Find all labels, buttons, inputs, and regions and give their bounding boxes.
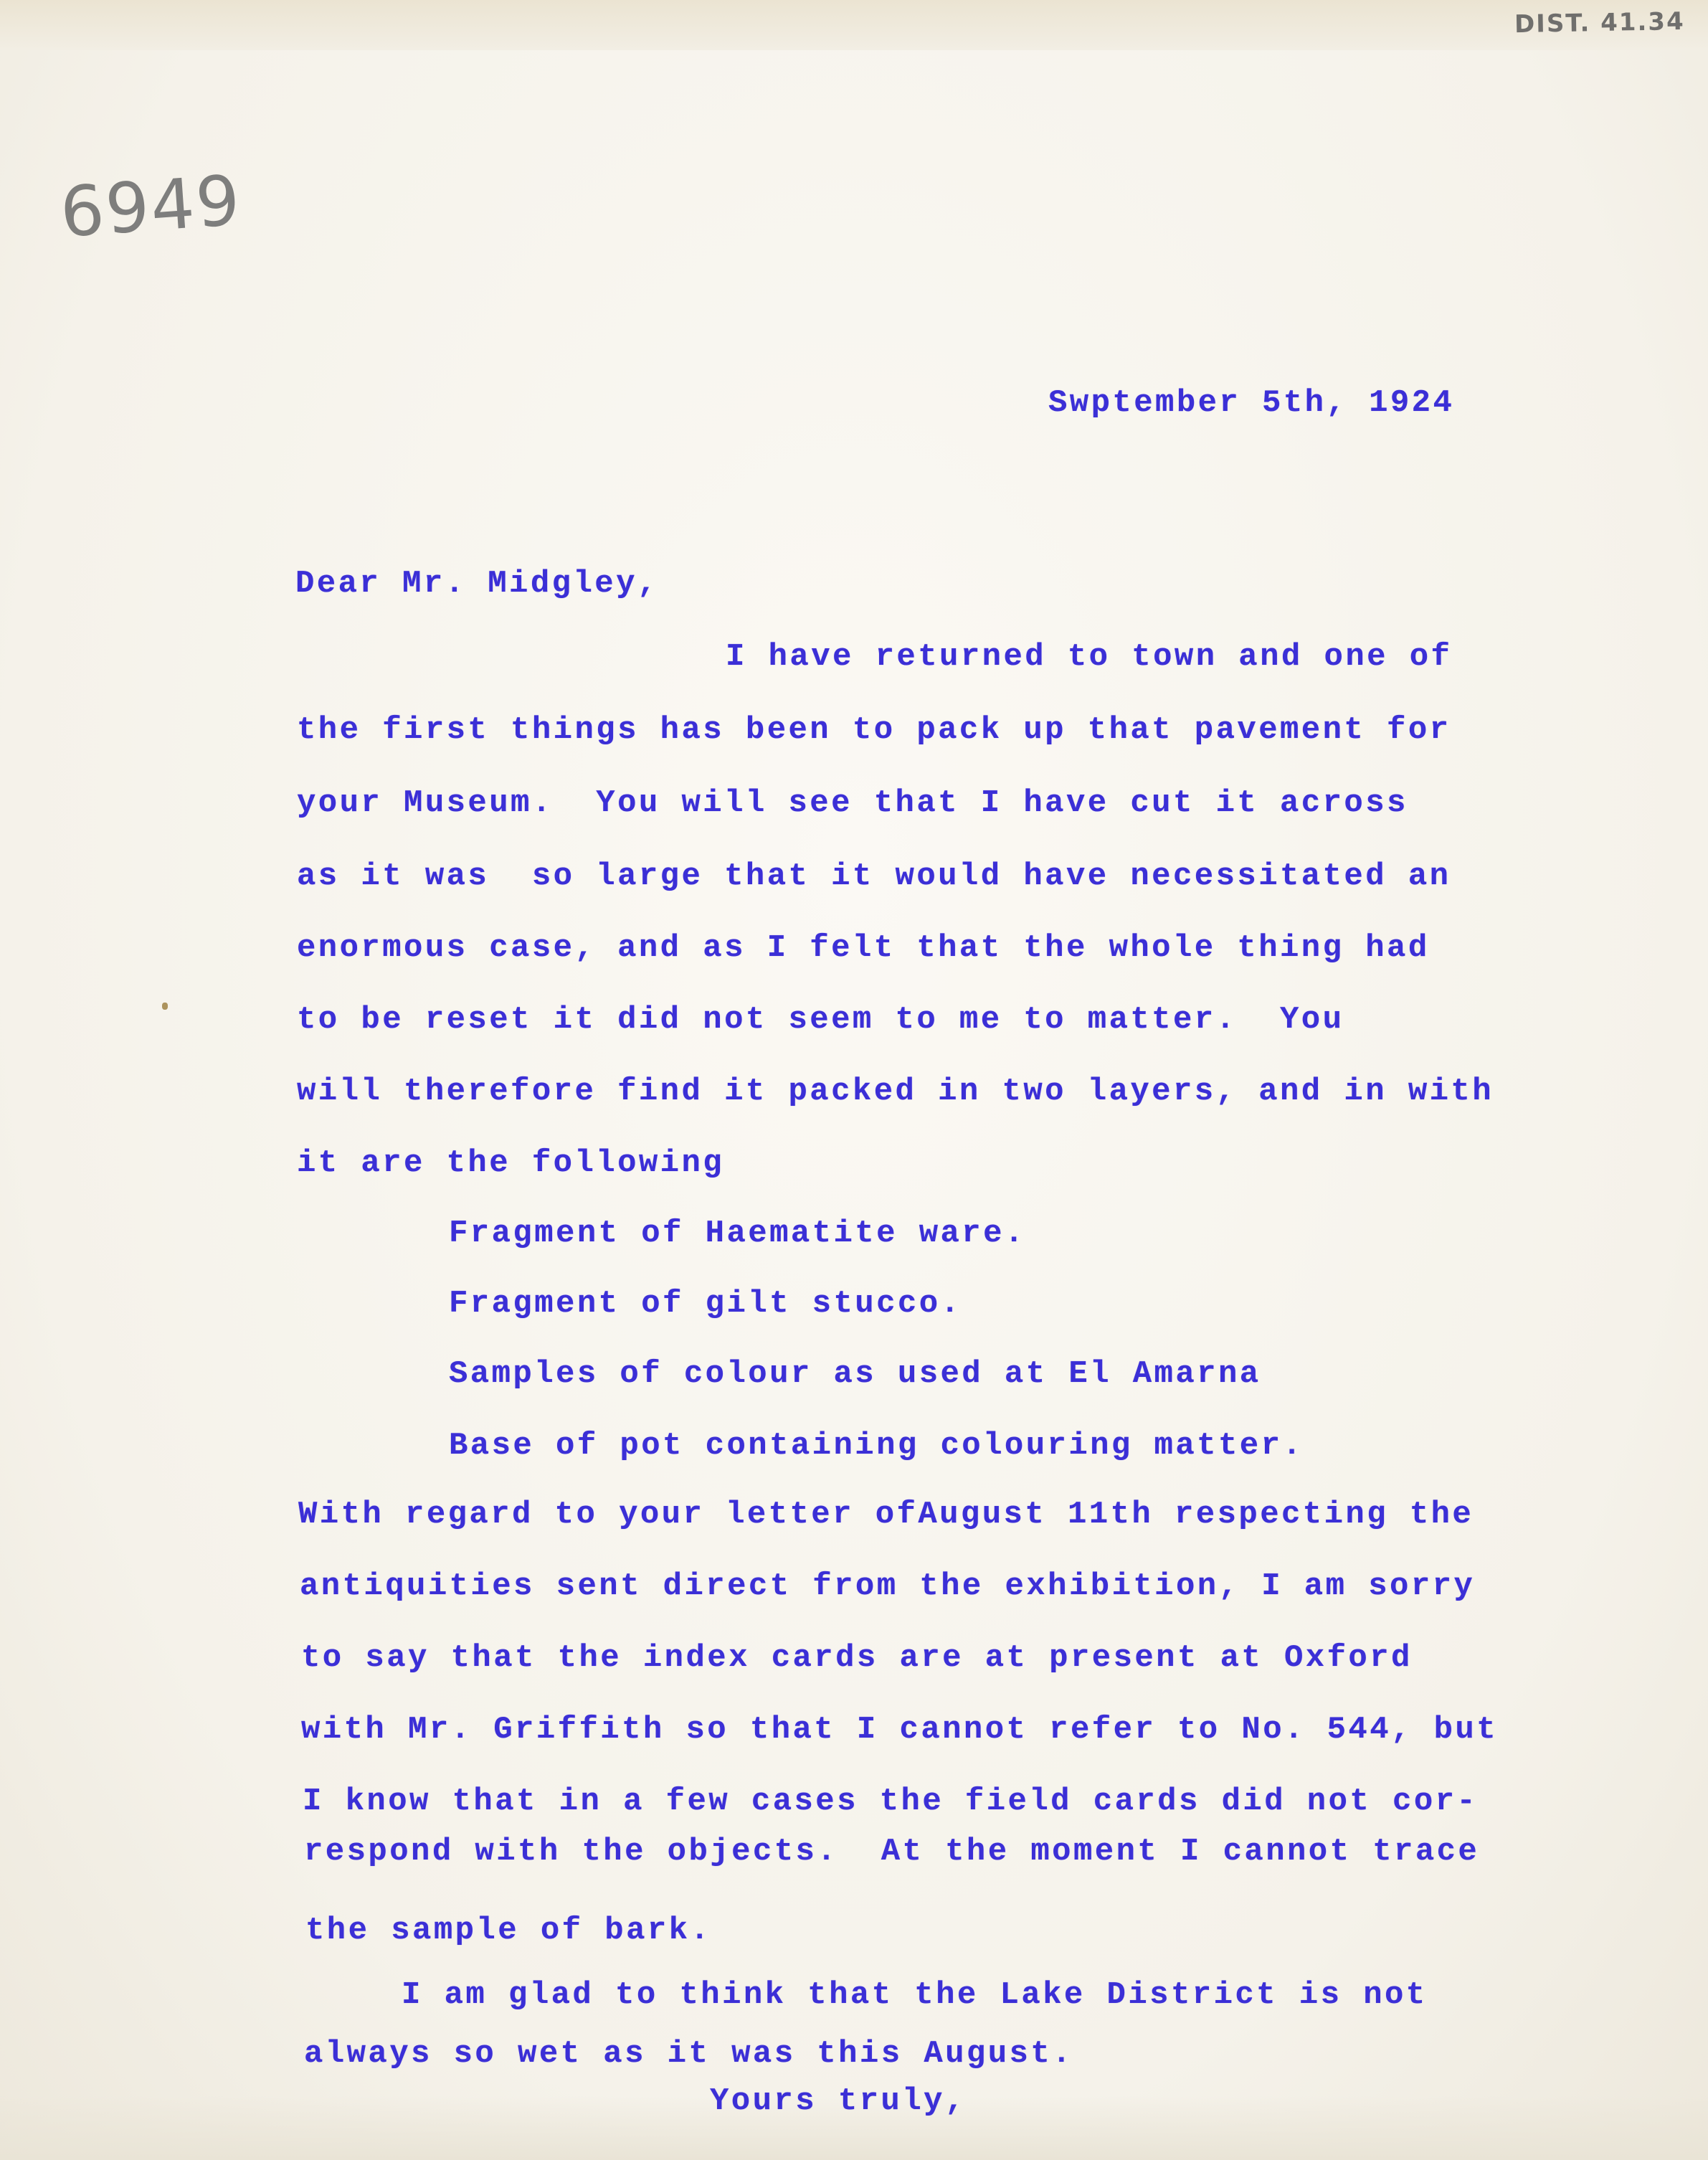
paper-top-edge xyxy=(0,0,1708,50)
body-line: to say that the index cards are at prese… xyxy=(301,1642,1413,1674)
body-line: With regard to your letter ofAugust 11th… xyxy=(298,1499,1474,1530)
body-line: it are the following xyxy=(297,1147,724,1179)
body-line: will therefore find it packed in two lay… xyxy=(297,1076,1494,1107)
body-line: respond with the objects. At the moment … xyxy=(304,1836,1479,1867)
body-line: I know that in a few cases the field car… xyxy=(303,1786,1478,1817)
closing: Yours truly, xyxy=(710,2085,967,2117)
body-line: your Museum. You will see that I have cu… xyxy=(297,787,1408,819)
body-line: always so wet as it was this August. xyxy=(304,2038,1073,2070)
catalog-number: 6949 xyxy=(57,160,244,252)
paper-speck xyxy=(162,1003,168,1010)
accession-mark: DIST. 41.34 xyxy=(1514,7,1685,39)
body-line: as it was so large that it would have ne… xyxy=(297,861,1451,892)
body-line: I have returned to town and one of xyxy=(726,641,1452,673)
body-line: with Mr. Griffith so that I cannot refer… xyxy=(301,1714,1498,1745)
body-line: the first things has been to pack up tha… xyxy=(297,714,1451,746)
list-item: Fragment of gilt stucco. xyxy=(449,1288,962,1320)
list-item: Base of pot containing colouring matter. xyxy=(449,1430,1304,1462)
body-line: enormous case, and as I felt that the wh… xyxy=(297,932,1430,964)
list-item: Fragment of Haematite ware. xyxy=(449,1218,1026,1249)
letter-date: Swptember 5th, 1924 xyxy=(1048,387,1454,419)
salutation: Dear Mr. Midgley, xyxy=(295,568,659,600)
body-line: antiquities sent direct from the exhibit… xyxy=(300,1571,1475,1602)
body-line: the sample of bark. xyxy=(305,1915,711,1946)
body-line: I am glad to think that the Lake Distric… xyxy=(402,1979,1428,2011)
body-line: to be reset it did not seem to me to mat… xyxy=(297,1004,1344,1036)
list-item: Samples of colour as used at El Amarna xyxy=(449,1358,1261,1390)
